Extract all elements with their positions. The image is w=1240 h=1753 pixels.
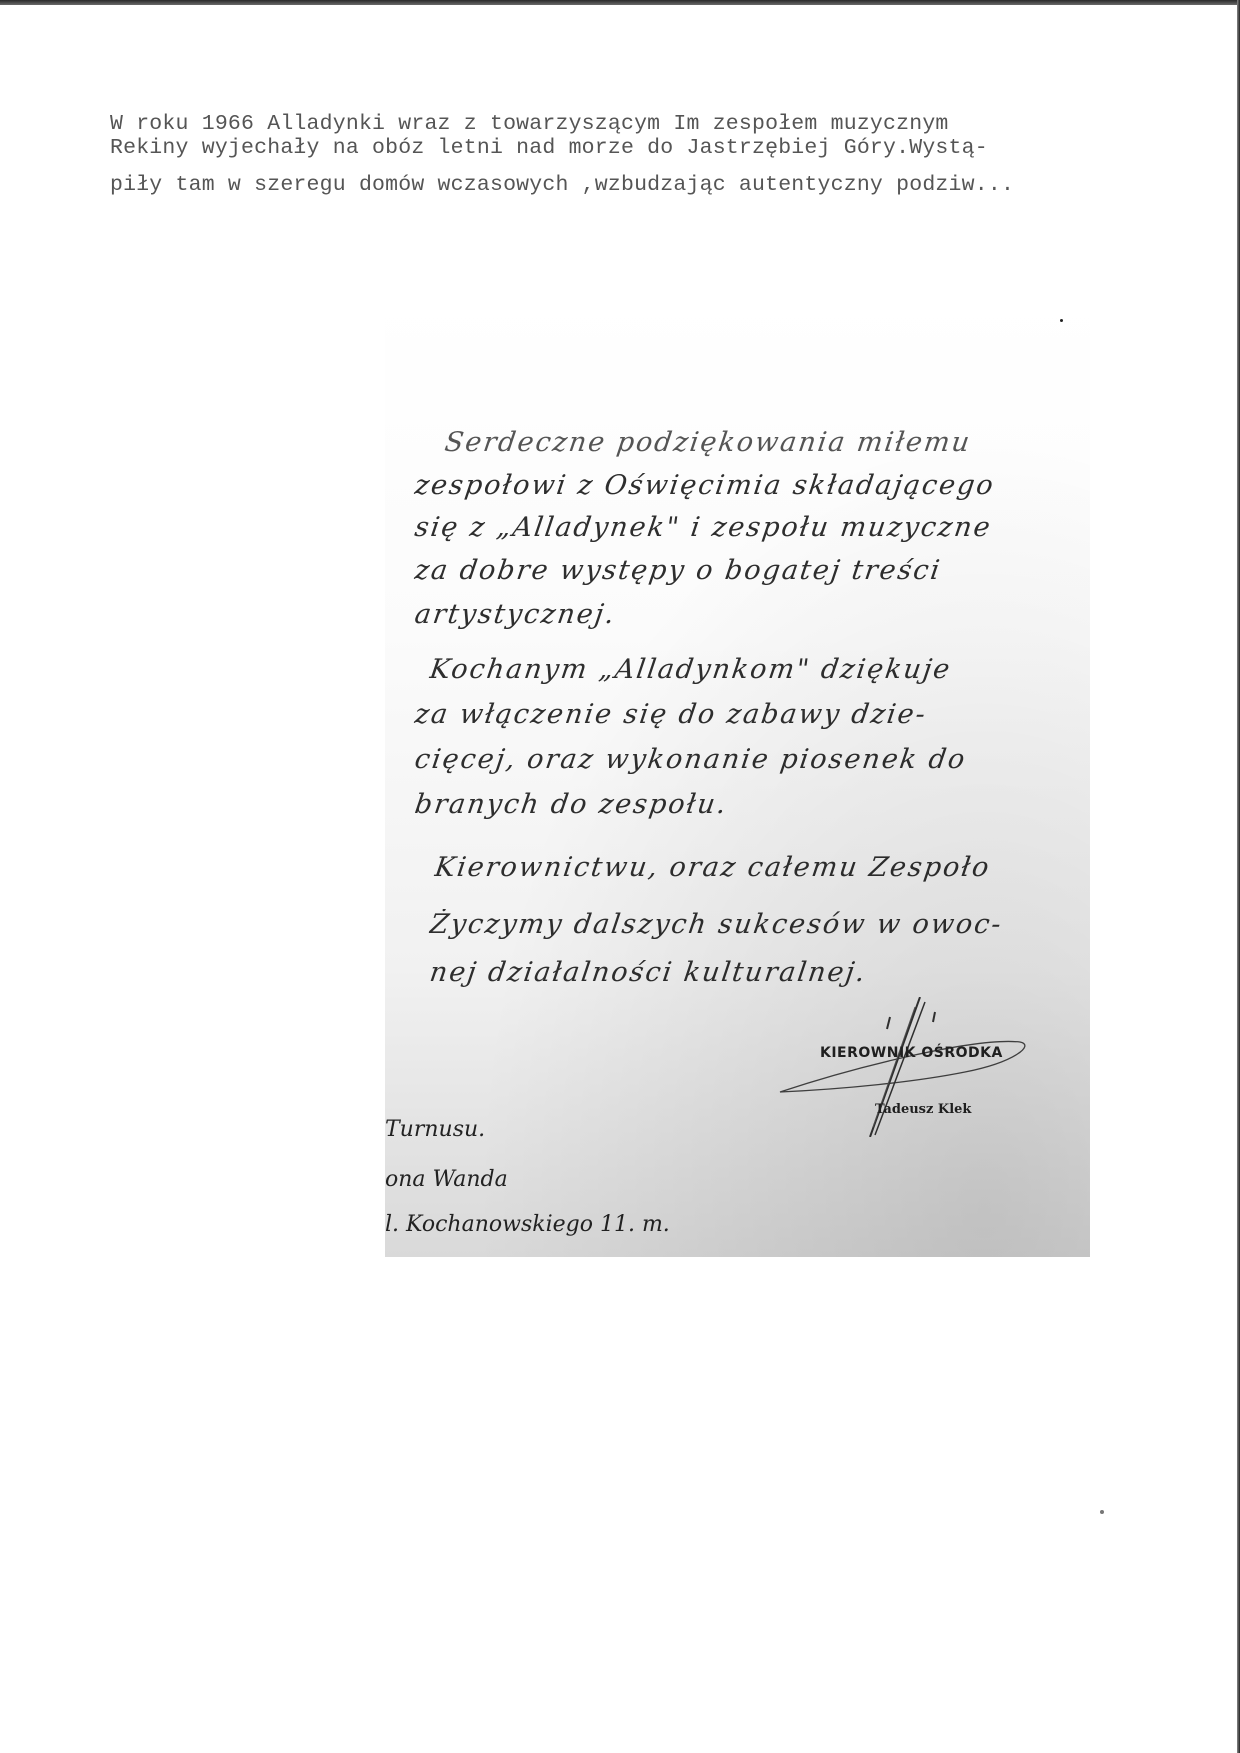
handwritten-line: Życzymy dalszych sukcesów w owoc-	[428, 909, 1090, 940]
handwritten-line: nej działalności kulturalnej.	[428, 957, 1090, 988]
caption-line: W roku 1966 Alladynki wraz z towarzysząc…	[110, 112, 1190, 136]
stamp-title: KIEROWNIK OŚRODKA	[820, 1045, 1003, 1061]
handwritten-line: branych do zespołu.	[413, 789, 1090, 820]
letter-photo: Serdeczne podziękowania miłemu zespołowi…	[385, 297, 1090, 1257]
handwritten-line: zespołowi z Oświęcimia składającego	[413, 470, 1090, 501]
caption-line: piły tam w szeregu domów wczasowych ,wzb…	[110, 173, 1190, 197]
scan-top-edge	[0, 0, 1240, 5]
speck	[1060, 319, 1063, 322]
footer-line: Turnusu.	[385, 1117, 485, 1142]
footer-line: ona Wanda	[385, 1167, 508, 1192]
handwritten-line: Serdeczne podziękowania miłemu	[443, 427, 1090, 458]
caption-line: Rekiny wyjechały na obóz letni nad morze…	[110, 136, 1190, 160]
scan-speck	[1100, 1510, 1104, 1514]
handwritten-line: za dobre występy o bogatej treści	[413, 555, 1090, 586]
typed-caption: W roku 1966 Alladynki wraz z towarzysząc…	[110, 112, 1190, 197]
handwritten-line: się z „Alladynek" i zespołu muzyczne	[413, 512, 1090, 543]
stamp-name: Tadeusz Klek	[875, 1102, 971, 1117]
handwritten-line: za włączenie się do zabawy dzie-	[413, 699, 1090, 730]
handwritten-line: cięcej, oraz wykonanie piosenek do	[413, 744, 1090, 775]
handwritten-line: Kierownictwu, oraz całemu Zespoło	[433, 852, 1090, 883]
footer-line: l. Kochanowskiego 11. m.	[385, 1212, 670, 1237]
handwritten-line: Kochanym „Alladynkom" dziękuje	[428, 654, 1090, 685]
handwritten-line: artystycznej.	[413, 599, 1090, 630]
